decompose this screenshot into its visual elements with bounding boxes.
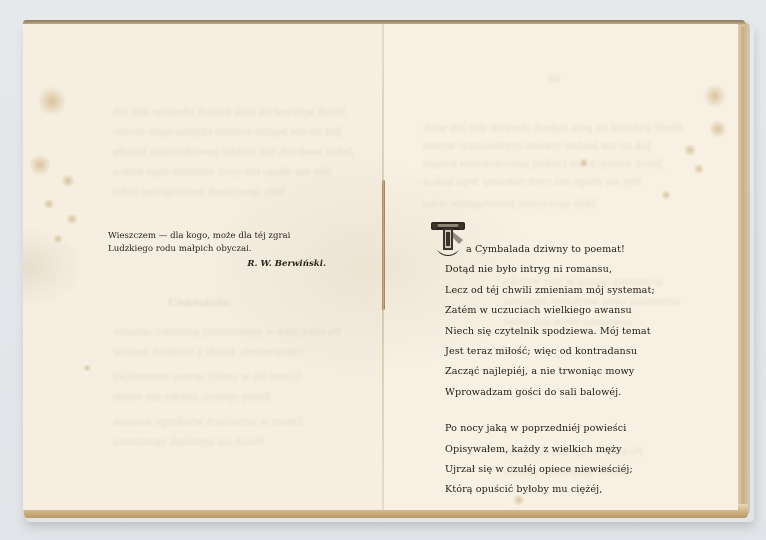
epigraph-line: Wieszczem — dla kogo, może dla téj zgrai — [108, 230, 326, 243]
poem-line: a Cymbalada dziwny to poemat! — [445, 240, 655, 260]
epigraph-author: R. W. Berwiński. — [108, 258, 326, 271]
stanza-break — [445, 403, 655, 419]
poem-line: Ujrzał się w czułéj opiece niewieściéj; — [445, 460, 655, 480]
epigraph: Wieszczem — dla kogo, może dla téj zgrai… — [108, 230, 326, 271]
poem-line: Którą opuścić byłoby mu ciężéj, — [445, 480, 655, 500]
poem-text: a Cymbalada dziwny to poemat! Dotąd nie … — [445, 240, 655, 501]
poem-line: Po nocy jaką w poprzedniéj powieści — [445, 419, 655, 439]
poem-line: Dotąd nie było intryg ni romansu, — [445, 260, 655, 280]
bleed-heading: Canzatola. — [168, 294, 233, 312]
book-photo-scene: Niedł wytrwał na pola bałach chwycie ali… — [0, 0, 766, 540]
poem-line: Niech się czytelnik spodziewa. Mój temat — [445, 322, 655, 342]
poem-line: Zacząć najlepiéj, a nie trwoniąc mowy — [445, 362, 655, 382]
poem-line: Wprowadzam gości do sali balowéj. — [445, 383, 655, 403]
poem-line: Opisywałem, każdy z wielkich męży — [445, 440, 655, 460]
binding-thread — [382, 180, 385, 310]
epigraph-line: Ludzkiego rodu małpich obyczai. — [108, 243, 326, 256]
poem-line: Jest teraz miłość; więc od kontradansu — [445, 342, 655, 362]
bleed-page-number: 90 — [548, 76, 559, 86]
poem-line: Zatém w uczuciach wielkiego awansu — [445, 301, 655, 321]
poem-line: Lecz od téj chwili zmieniam mój systemat… — [445, 281, 655, 301]
